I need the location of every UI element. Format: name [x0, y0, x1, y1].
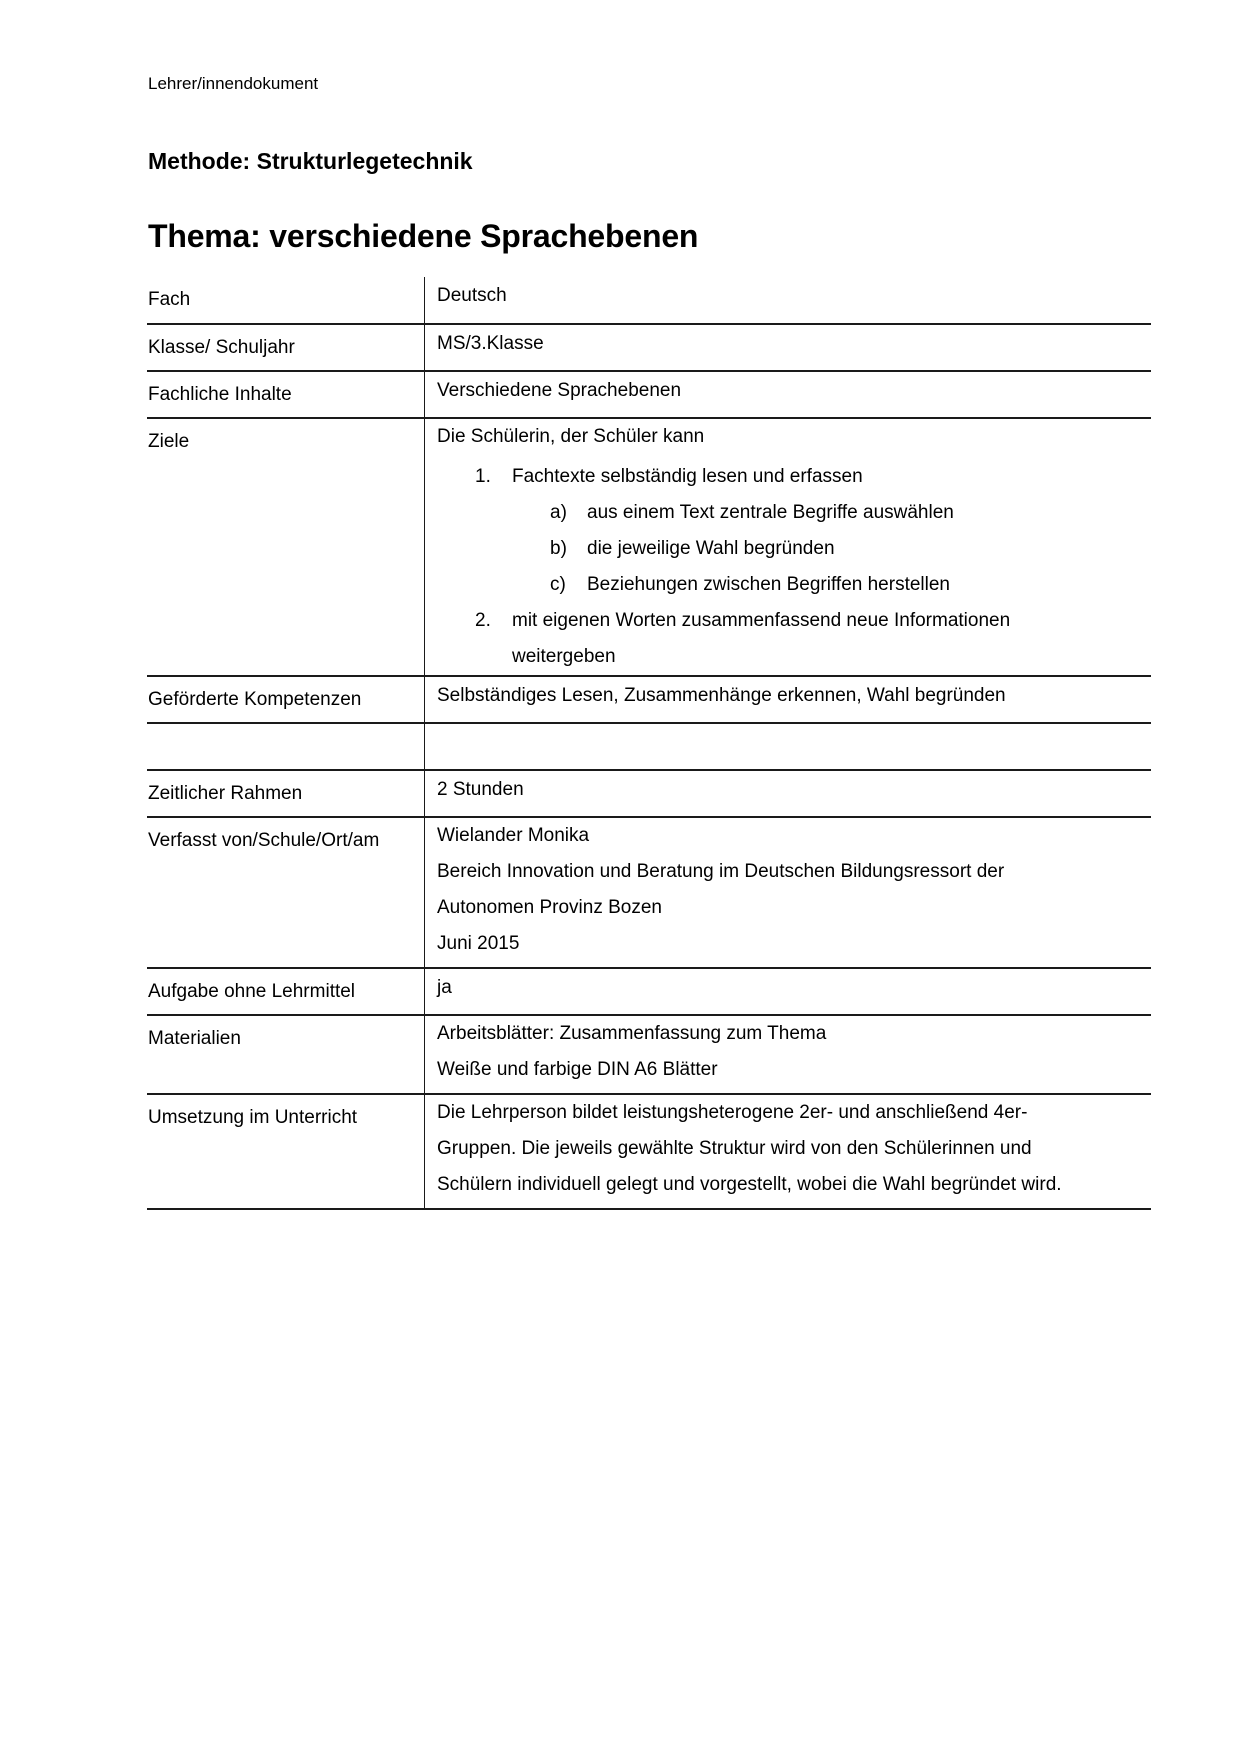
row-label: Materialien [147, 1015, 425, 1094]
implementation-cell: Die Lehrperson bildet leistungsheterogen… [425, 1094, 1152, 1209]
row-value: Selbständiges Lesen, Zusammenhänge erken… [425, 676, 1152, 723]
row-label: Verfasst von/Schule/Ort/am [147, 817, 425, 968]
row-value: Verschiedene Sprachebenen [425, 371, 1152, 418]
goal-item: 1. Fachtexte selbständig lesen und erfas… [437, 459, 1151, 495]
goal-subitem: a) aus einem Text zentrale Begriffe ausw… [437, 495, 1151, 531]
row-value: MS/3.Klasse [425, 324, 1152, 371]
table-row-umsetzung: Umsetzung im Unterricht Die Lehrperson b… [147, 1094, 1151, 1209]
goals-cell: Die Schülerin, der Schüler kann 1. Facht… [425, 418, 1152, 676]
implementation-line: Schülern individuell gelegt und vorgeste… [437, 1167, 1151, 1203]
row-label: Fach [147, 277, 425, 324]
table-row-ziele: Ziele Die Schülerin, der Schüler kann 1.… [147, 418, 1151, 676]
table-row-materialien: Materialien Arbeitsblätter: Zusammenfass… [147, 1015, 1151, 1094]
implementation-line: Die Lehrperson bildet leistungsheterogen… [437, 1095, 1151, 1131]
author-line: Wielander Monika [437, 818, 1151, 854]
author-cell: Wielander Monika Bereich Innovation und … [425, 817, 1152, 968]
lesson-info-table: Fach Deutsch Klasse/ Schuljahr MS/3.Klas… [147, 277, 1151, 1210]
goal-subitem: c) Beziehungen zwischen Begriffen herste… [437, 567, 1151, 603]
document-type-label: Lehrer/innendokument [148, 74, 318, 94]
materials-line: Arbeitsblätter: Zusammenfassung zum Them… [437, 1016, 1151, 1052]
author-line: Autonomen Provinz Bozen [437, 890, 1151, 926]
table-row-verfasst: Verfasst von/Schule/Ort/am Wielander Mon… [147, 817, 1151, 968]
row-label [147, 723, 425, 770]
row-label: Umsetzung im Unterricht [147, 1094, 425, 1209]
table-row-kompetenzen: Geförderte Kompetenzen Selbständiges Les… [147, 676, 1151, 723]
materials-cell: Arbeitsblätter: Zusammenfassung zum Them… [425, 1015, 1152, 1094]
table-row-lehrmittel: Aufgabe ohne Lehrmittel ja [147, 968, 1151, 1015]
topic-title: Thema: verschiedene Sprachebenen [148, 218, 698, 255]
row-label: Geförderte Kompetenzen [147, 676, 425, 723]
materials-line: Weiße und farbige DIN A6 Blätter [437, 1052, 1151, 1088]
row-label: Klasse/ Schuljahr [147, 324, 425, 371]
goal-item: 2. mit eigenen Worten zusammenfassend ne… [437, 603, 1151, 639]
method-heading: Methode: Strukturlegetechnik [148, 148, 473, 175]
table-row-rahmen: Zeitlicher Rahmen 2 Stunden [147, 770, 1151, 817]
row-label: Zeitlicher Rahmen [147, 770, 425, 817]
table-row-klasse: Klasse/ Schuljahr MS/3.Klasse [147, 324, 1151, 371]
implementation-line: Gruppen. Die jeweils gewählte Struktur w… [437, 1131, 1151, 1167]
row-value: Deutsch [425, 277, 1152, 324]
row-value [425, 723, 1152, 770]
row-label: Ziele [147, 418, 425, 676]
table-row-fach: Fach Deutsch [147, 277, 1151, 324]
row-value: 2 Stunden [425, 770, 1152, 817]
row-value: ja [425, 968, 1152, 1015]
table-row-empty [147, 723, 1151, 770]
goals-intro: Die Schülerin, der Schüler kann [437, 427, 1151, 447]
author-line: Juni 2015 [437, 926, 1151, 962]
row-label: Fachliche Inhalte [147, 371, 425, 418]
table-row-inhalte: Fachliche Inhalte Verschiedene Sprachebe… [147, 371, 1151, 418]
author-line: Bereich Innovation und Beratung im Deuts… [437, 854, 1151, 890]
goal-subitem: b) die jeweilige Wahl begründen [437, 531, 1151, 567]
goal-item-continuation: weitergeben [437, 639, 1151, 675]
row-label: Aufgabe ohne Lehrmittel [147, 968, 425, 1015]
